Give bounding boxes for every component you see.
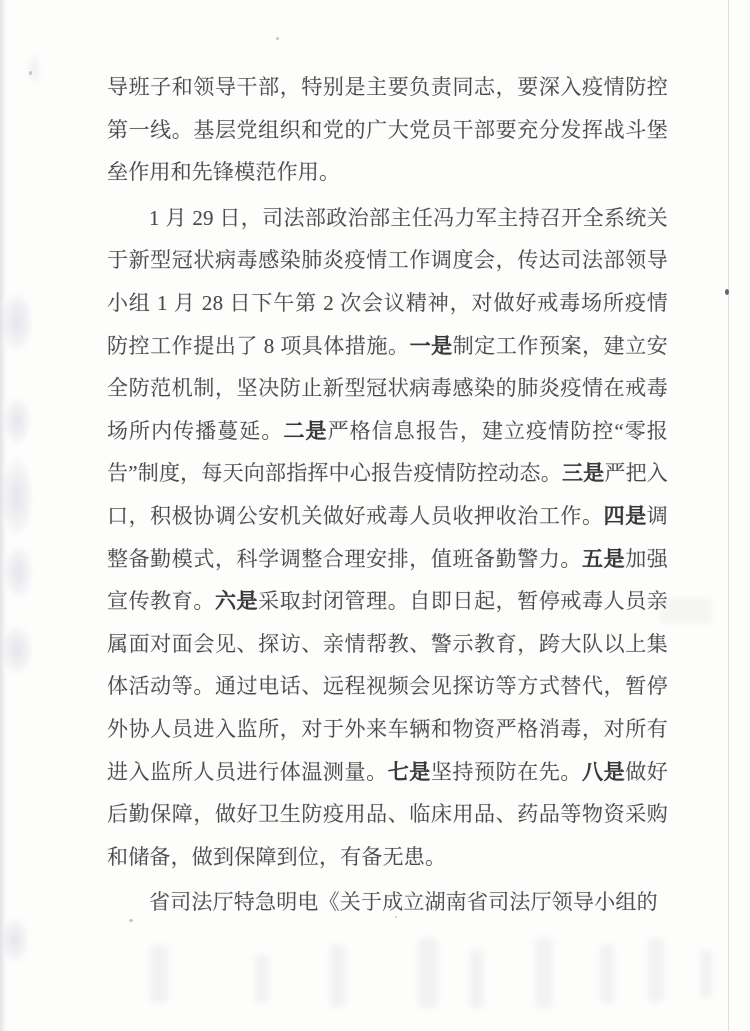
scan-artifact [26, 52, 42, 86]
ordinal-marker: 七是 [388, 760, 431, 784]
document-body: 导班子和领导干部，特别是主要负责同志，要深入疫情防控第一线。基层党组织和党的广大… [107, 66, 668, 924]
paragraph-party-leadership: 导班子和领导干部，特别是主要负责同志，要深入疫情防控第一线。基层党组织和党的广大… [107, 66, 668, 194]
scan-artifact [4, 398, 30, 444]
scan-speck [276, 37, 279, 40]
scan-speck [29, 71, 32, 75]
ordinal-marker: 四是 [604, 504, 647, 528]
scan-edge-shadow [0, 0, 8, 1031]
text-segment: 采取封闭管理。自即日起，暂停戒毒人员亲属面对面会见、探访、亲情帮教、警示教育，跨… [107, 589, 668, 783]
scan-bleedthrough [470, 950, 484, 1008]
scan-bleedthrough [330, 945, 346, 1007]
scan-bleedthrough [600, 945, 614, 1003]
scan-ink-dot [725, 289, 729, 295]
scan-bleedthrough [648, 938, 664, 1002]
scan-bleedthrough [150, 945, 168, 1003]
scan-artifact [2, 918, 28, 962]
ordinal-marker: 五是 [582, 547, 625, 571]
text-segment: 导班子和领导干部，特别是主要负责同志，要深入疫情防控第一线。基层党组织和党的广大… [107, 75, 668, 184]
ordinal-marker: 二是 [283, 419, 327, 443]
ordinal-marker: 八是 [582, 760, 625, 784]
scan-bleedthrough [255, 955, 269, 1003]
scan-bleedthrough [700, 950, 712, 998]
scan-bleedthrough [535, 938, 553, 1008]
scan-bleedthrough [418, 938, 438, 1008]
scan-page-edge-line [728, 0, 729, 1031]
scanned-page: 导班子和领导干部，特别是主要负责同志，要深入疫情防控第一线。基层党组织和党的广大… [0, 0, 750, 1031]
scan-artifact [4, 546, 32, 598]
text-segment: 省司法厅特急明电《关于成立湖南省司法厅领导小组的 [149, 890, 658, 914]
ordinal-marker: 一是 [410, 334, 453, 358]
paragraph-eight-measures: 1 月 29 日，司法部政治部主任冯力军主持召开全系统关于新型冠状病毒感染肺炎疫… [107, 197, 668, 879]
paragraph-provincial-telegram: 省司法厅特急明电《关于成立湖南省司法厅领导小组的 [107, 881, 668, 924]
scan-artifact [2, 626, 32, 674]
scan-artifact [2, 458, 32, 536]
ordinal-marker: 三是 [562, 461, 604, 485]
text-segment: 坚持预防在先。 [431, 760, 582, 784]
scan-artifact [2, 293, 32, 351]
ordinal-marker: 六是 [215, 589, 258, 613]
